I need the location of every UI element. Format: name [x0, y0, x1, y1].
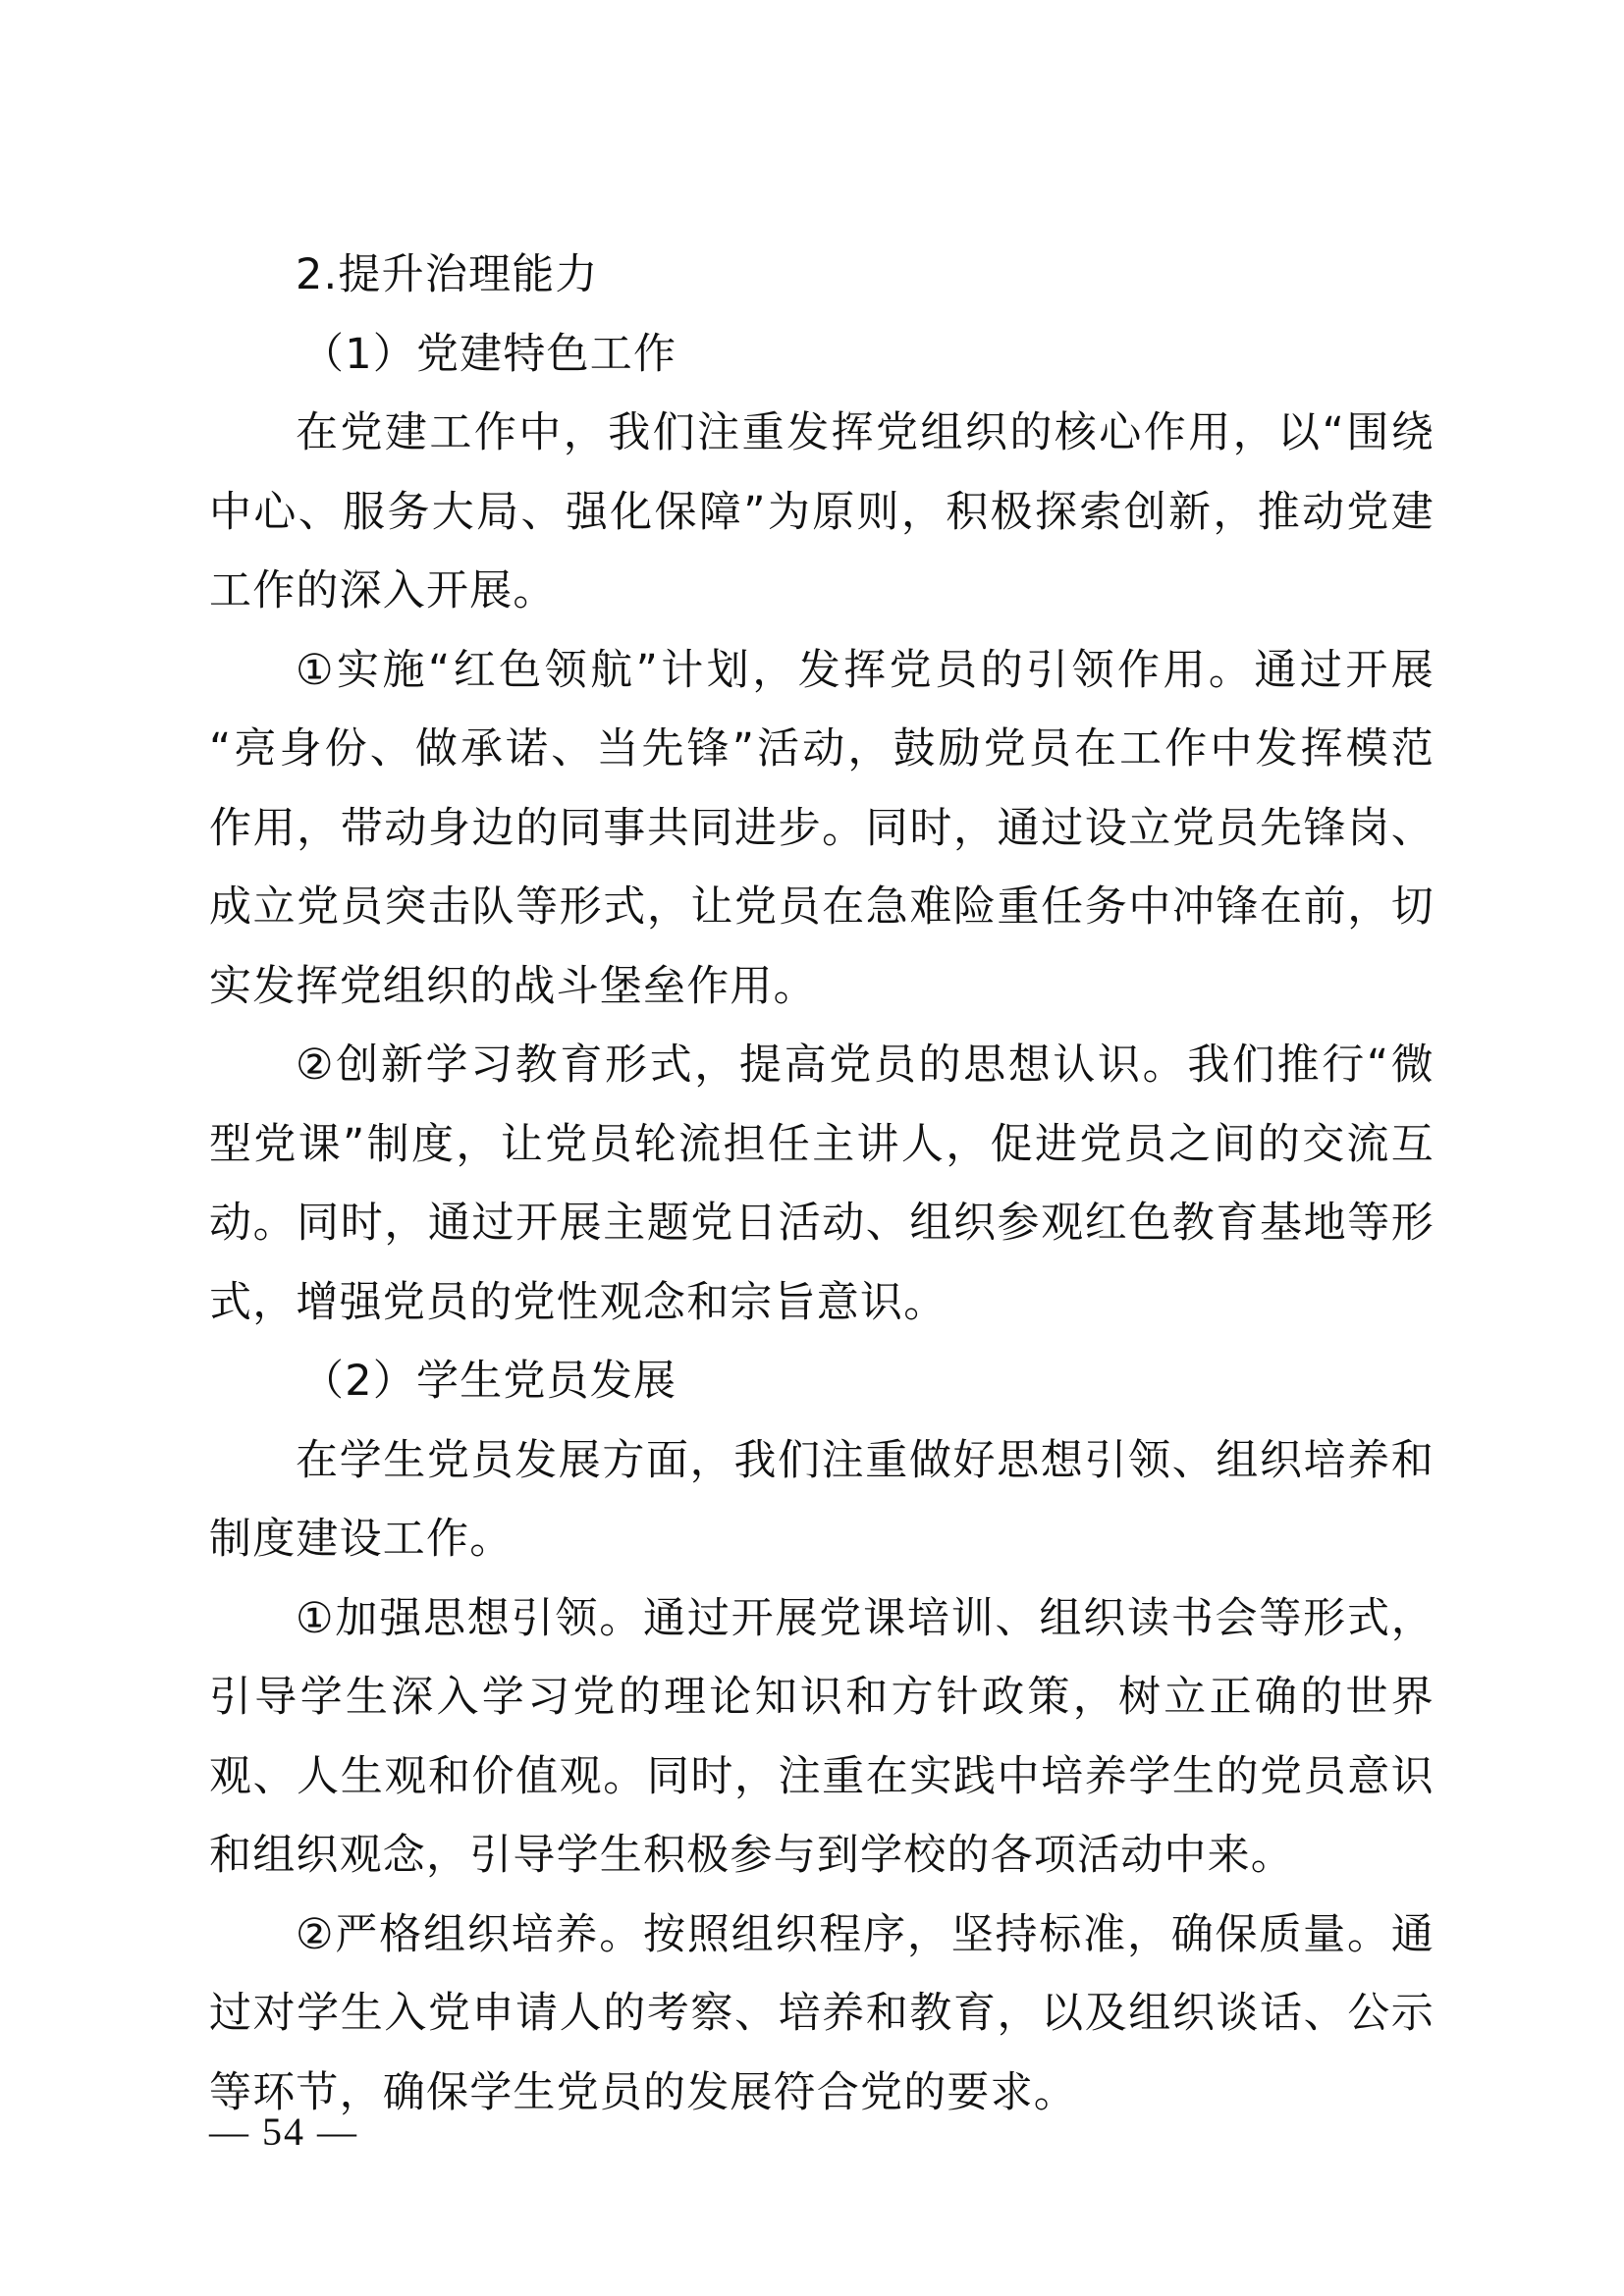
paragraph: ②创新学习教育形式，提高党员的思想认识。我们推行“微 型党课”制度，让党员轮流担…: [209, 1026, 1435, 1342]
paragraph-line: 动。同时，通过开展主题党日活动、组织参观红色教育基地等形: [209, 1184, 1435, 1263]
paragraph-line: 和组织观念，引导学生积极参与到学校的各项活动中来。: [209, 1816, 1435, 1896]
paragraph-line: 观、人生观和价值观。同时，注重在实践中培养学生的党员意识: [209, 1737, 1435, 1817]
paragraph: ①加强思想引领。通过开展党课培训、组织读书会等形式， 引导学生深入学习党的理论知…: [209, 1579, 1435, 1896]
paragraph-line: “亮身份、做承诺、当先锋”活动，鼓励党员在工作中发挥模范: [209, 710, 1435, 789]
paragraph-line: 成立党员突击队等形式，让党员在急难险重任务中冲锋在前，切: [209, 868, 1435, 947]
paragraph-line: ②严格组织培养。按照组织程序，坚持标准，确保质量。通: [209, 1896, 1435, 1975]
paragraph-line: 引导学生深入学习党的理论知识和方针政策，树立正确的世界: [209, 1658, 1435, 1737]
paragraph: 在党建工作中，我们注重发挥党组织的核心作用，以“围绕 中心、服务大局、强化保障”…: [209, 394, 1435, 631]
paragraph-line: 作用，带动身边的同事共同进步。同时，通过设立党员先锋岗、: [209, 789, 1435, 869]
paragraph: ①实施“红色领航”计划，发挥党员的引领作用。通过开展 “亮身份、做承诺、当先锋”…: [209, 631, 1435, 1027]
paragraph-line: 在学生党员发展方面，我们注重做好思想引领、组织培养和: [209, 1421, 1435, 1501]
subsection-heading-1: （1）党建特色工作: [209, 315, 1435, 395]
paragraph-line: ①加强思想引领。通过开展党课培训、组织读书会等形式，: [209, 1579, 1435, 1659]
subsection-heading-2: （2）学生党员发展: [209, 1342, 1435, 1421]
paragraph-line: ①实施“红色领航”计划，发挥党员的引领作用。通过开展: [209, 631, 1435, 711]
paragraph-line: 在党建工作中，我们注重发挥党组织的核心作用，以“围绕: [209, 394, 1435, 473]
paragraph-line: 工作的深入开展。: [209, 552, 1435, 631]
paragraph-line: 实发挥党组织的战斗堡垒作用。: [209, 947, 1435, 1027]
paragraph-line: 过对学生入党申请人的考察、培养和教育，以及组织谈话、公示: [209, 1974, 1435, 2054]
paragraph: ②严格组织培养。按照组织程序，坚持标准，确保质量。通 过对学生入党申请人的考察、…: [209, 1896, 1435, 2133]
paragraph-line: 中心、服务大局、强化保障”为原则，积极探索创新，推动党建: [209, 473, 1435, 553]
paragraph-line: 制度建设工作。: [209, 1500, 1435, 1579]
paragraph-line: 型党课”制度，让党员轮流担任主讲人，促进党员之间的交流互: [209, 1105, 1435, 1185]
page-number: — 54 —: [209, 2109, 358, 2155]
paragraph-line: 等环节，确保学生党员的发展符合党的要求。: [209, 2054, 1435, 2133]
paragraph-line: 式，增强党员的党性观念和宗旨意识。: [209, 1263, 1435, 1343]
document-page: 2.提升治理能力 （1）党建特色工作 在党建工作中，我们注重发挥党组织的核心作用…: [209, 236, 1435, 2132]
paragraph-line: ②创新学习教育形式，提高党员的思想认识。我们推行“微: [209, 1026, 1435, 1105]
paragraph: 在学生党员发展方面，我们注重做好思想引领、组织培养和 制度建设工作。: [209, 1421, 1435, 1579]
section-title: 2.提升治理能力: [209, 236, 1435, 315]
